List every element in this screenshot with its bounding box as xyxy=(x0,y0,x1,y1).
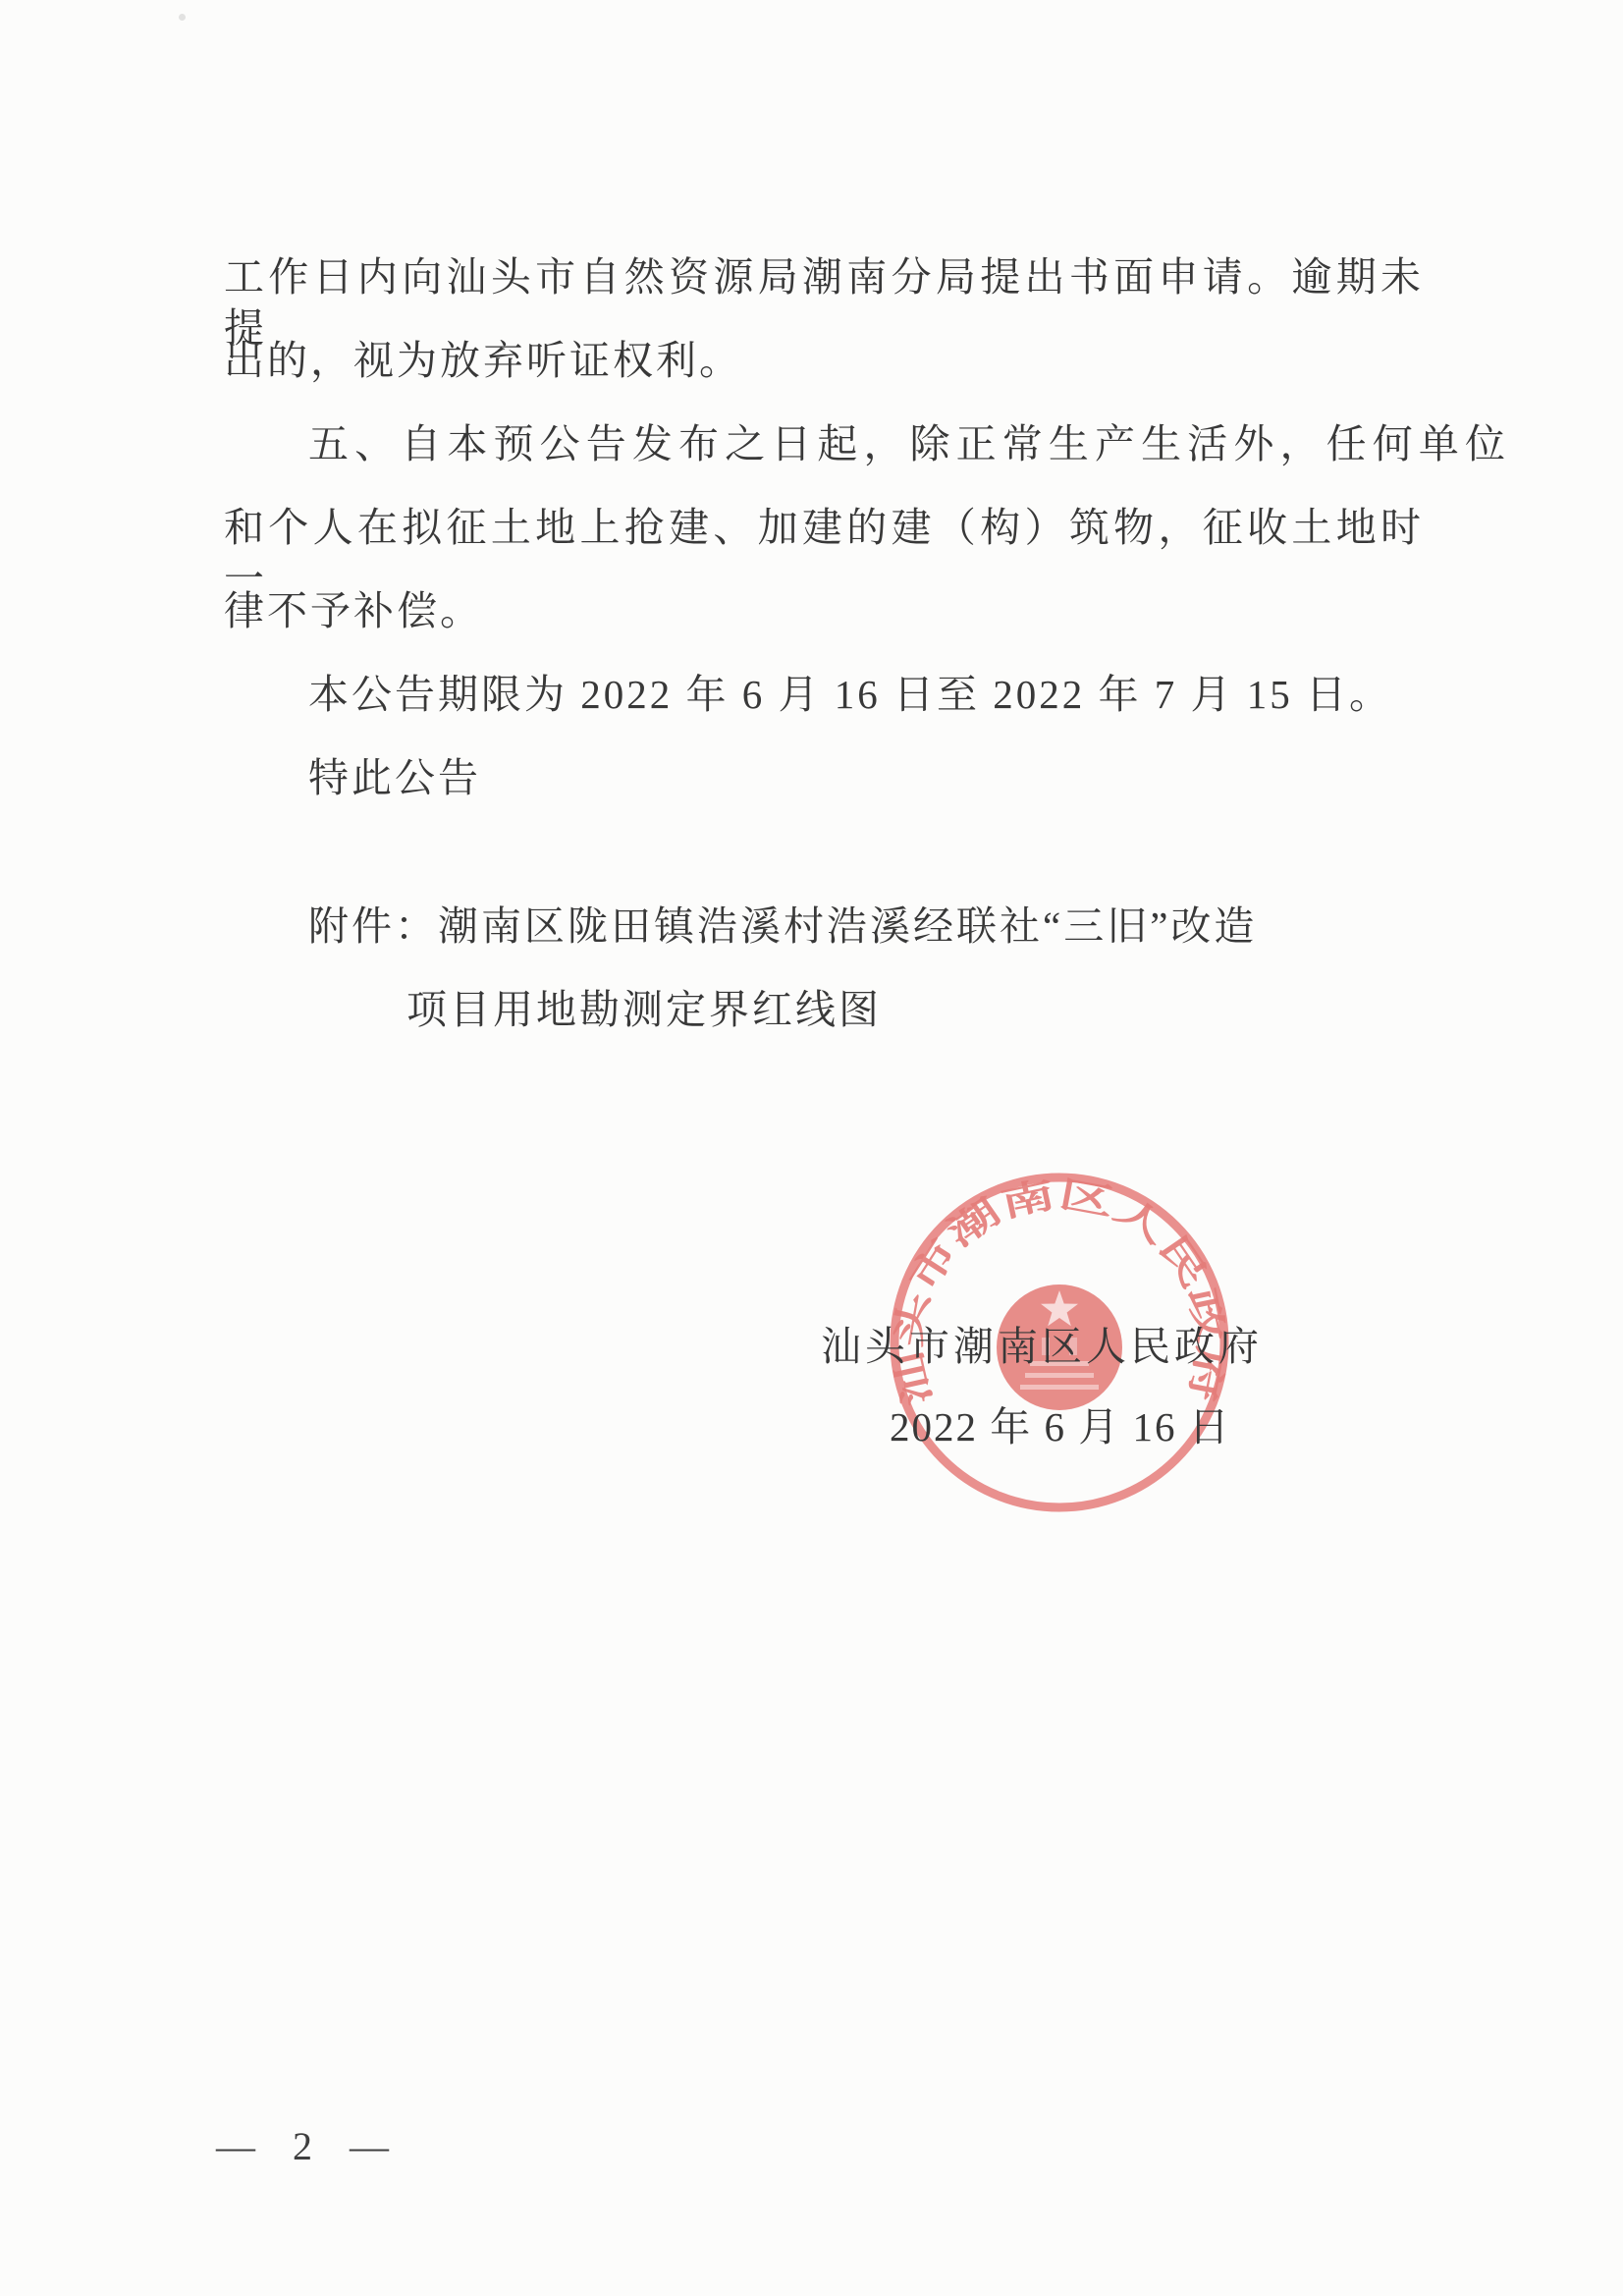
body-line: 五、自本预公告发布之日起，除正常生产生活外，任何单位 xyxy=(224,418,1508,469)
scan-noise-dot xyxy=(179,14,186,21)
closing-line: 特此公告 xyxy=(224,752,1508,803)
signature-organization: 汕头市潮南区人民政府 xyxy=(821,1314,1263,1372)
page-number: — 2 — xyxy=(216,2123,389,2169)
body-line: 出的，视为放弃听证权利。 xyxy=(224,335,1424,386)
signature-date: 2022 年 6 月 16 日 xyxy=(890,1394,1231,1452)
attachment-line: 附件：潮南区陇田镇浩溪村浩溪经联社“三旧”改造 xyxy=(224,901,1508,952)
document-page: 工作日内向汕头市自然资源局潮南分局提出书面申请。逾期未提 出的，视为放弃听证权利… xyxy=(0,0,1623,2296)
body-line: 律不予补偿。 xyxy=(224,585,1424,636)
attachment-line: 项目用地勘测定界红线图 xyxy=(224,984,1606,1035)
notice-period-line: 本公告期限为 2022 年 6 月 16 日至 2022 年 7 月 15 日。 xyxy=(224,669,1508,720)
